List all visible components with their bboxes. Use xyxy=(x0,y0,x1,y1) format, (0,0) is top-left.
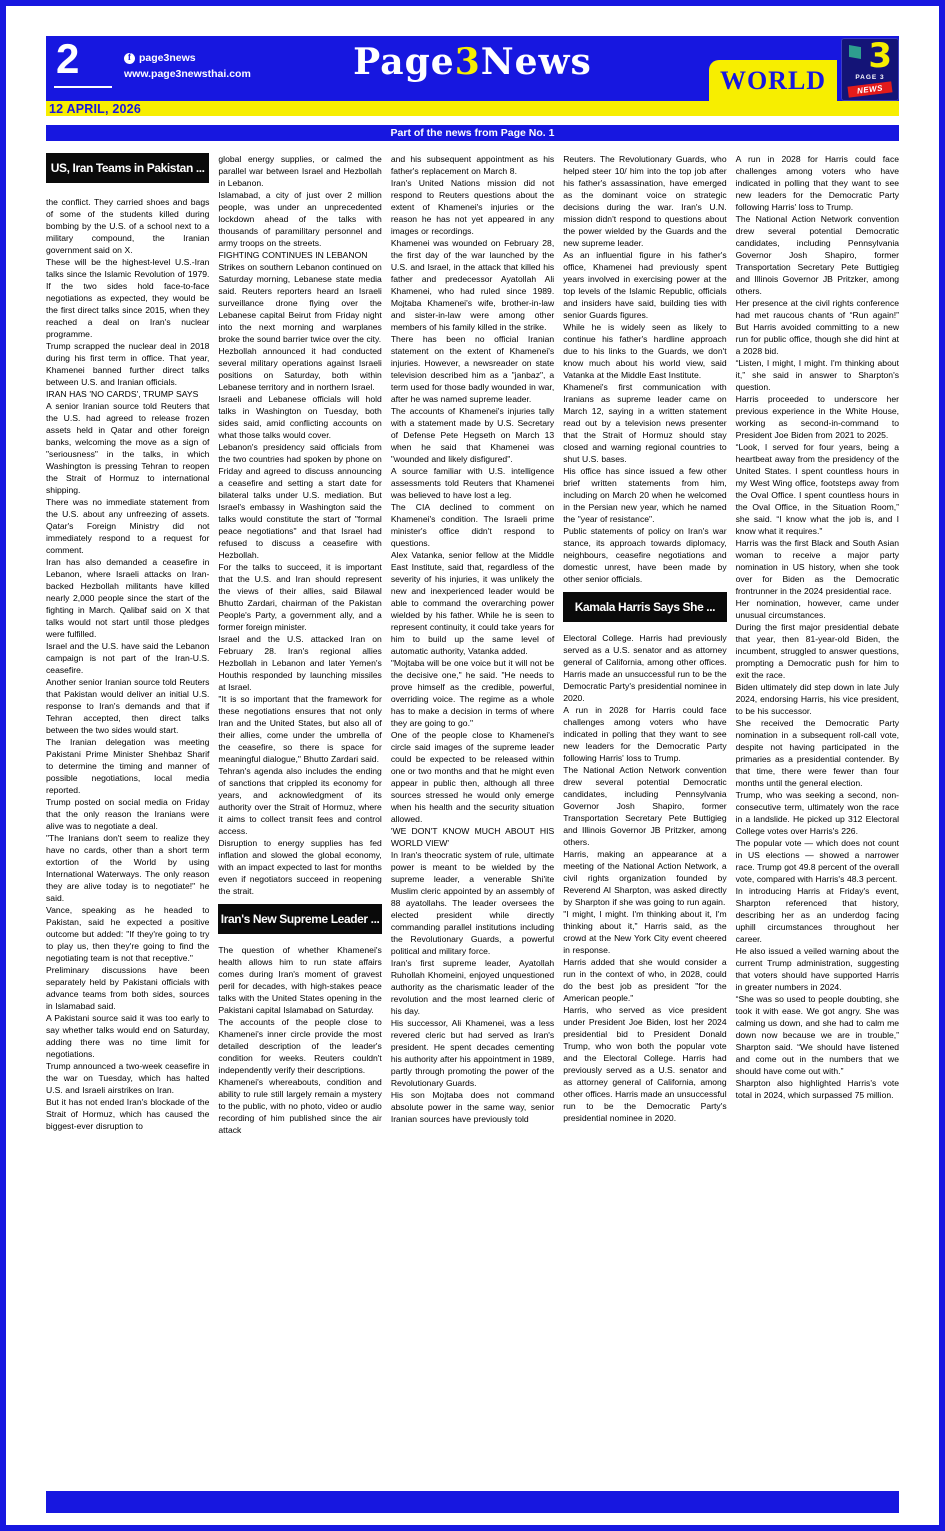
article-paragraph: the conflict. They carried shoes and bag… xyxy=(46,196,209,256)
article-paragraph: Trump announced a two-week ceasefire in … xyxy=(46,1060,209,1096)
article-paragraph: A run in 2028 for Harris could face chal… xyxy=(563,704,726,764)
article-paragraph: One of the people close to Khamenei's ci… xyxy=(391,729,554,825)
article-paragraph: A source familiar with U.S. intelligence… xyxy=(391,465,554,501)
news-column: US, Iran Teams in Pakistan ...the confli… xyxy=(46,153,209,1483)
article-paragraph: His son Mojtaba does not command absolut… xyxy=(391,1089,554,1125)
article-paragraph: But it has not ended Iran's blockade of … xyxy=(46,1096,209,1132)
article-paragraph: A run in 2028 for Harris could face chal… xyxy=(736,153,899,213)
article-paragraph: Tehran's agenda also includes the ending… xyxy=(218,765,381,837)
article-paragraph: Harris proceeded to underscore her previ… xyxy=(736,393,899,441)
article-paragraph: “Listen, I might, I might. I'm thinking … xyxy=(736,357,899,393)
article-paragraph: Reuters. The Revolutionary Guards, who h… xyxy=(563,153,726,249)
article-paragraph: The accounts of Khamenei's injuries tall… xyxy=(391,405,554,465)
article-paragraph: Strikes on southern Lebanon continued on… xyxy=(218,261,381,345)
article-paragraph: The CIA declined to comment on Khamenei'… xyxy=(391,501,554,549)
article-paragraph: The National Action Network convention d… xyxy=(736,213,899,297)
article-paragraph: Alex Vatanka, senior fellow at the Middl… xyxy=(391,549,554,657)
news-column: Reuters. The Revolutionary Guards, who h… xyxy=(563,153,726,1483)
brand-logo: 3 PAGE 3 NEWS xyxy=(841,38,899,101)
article-paragraph: Khamenei's whereabouts, condition and ab… xyxy=(218,1076,381,1136)
article-paragraph: The question of whether Khamenei's healt… xyxy=(218,944,381,1016)
issue-date: 12 APRIL, 2026 xyxy=(46,102,141,116)
article-paragraph: Harris, making an appearance at a meetin… xyxy=(563,848,726,908)
article-paragraph: Iran has also demanded a ceasefire in Le… xyxy=(46,556,209,640)
article-paragraph: and his subsequent appointment as his fa… xyxy=(391,153,554,177)
article-paragraph: He also issued a veiled warning about th… xyxy=(736,945,899,993)
article-paragraph: In introducing Harris at Friday's event,… xyxy=(736,885,899,945)
article-paragraph: Trump posted on social media on Friday t… xyxy=(46,796,209,832)
article-paragraph: Iran's United Nations mission did not re… xyxy=(391,177,554,237)
article-paragraph: The accounts of the people close to Kham… xyxy=(218,1016,381,1076)
news-column: A run in 2028 for Harris could face chal… xyxy=(736,153,899,1483)
article-paragraph: "It is so important that the framework f… xyxy=(218,693,381,765)
article-paragraph: His office has since issued a few other … xyxy=(563,465,726,525)
footer-bar xyxy=(46,1491,899,1513)
article-paragraph: "Mojtaba will be one voice but it will n… xyxy=(391,657,554,729)
article-paragraph: Trump scrapped the nuclear deal in 2018 … xyxy=(46,340,209,388)
newspaper-page: 2 f page3news www.page3newsthai.com Page… xyxy=(6,6,939,1513)
article-paragraph: These will be the highest-level U.S.-Ira… xyxy=(46,256,209,340)
article-paragraph: Iran's first supreme leader, Ayatollah R… xyxy=(391,957,554,1017)
article-paragraph: Khamenei was wounded on February 28, the… xyxy=(391,237,554,333)
article-paragraph: Israeli and Lebanese officials will hold… xyxy=(218,393,381,441)
article-paragraph: Electoral College. Harris had previously… xyxy=(563,632,726,704)
article-paragraph: Public statements of policy on Iran's wa… xyxy=(563,525,726,585)
section-headline: US, Iran Teams in Pakistan ... xyxy=(46,153,209,183)
article-paragraph: Vance, speaking as he headed to Pakistan… xyxy=(46,904,209,964)
article-paragraph: Her presence at the civil rights confere… xyxy=(736,297,899,357)
article-paragraph: Harris added that she would consider a r… xyxy=(563,956,726,1004)
article-paragraph: For the talks to succeed, it is importan… xyxy=(218,561,381,633)
logo-news-ribbon: NEWS xyxy=(847,81,892,97)
article-paragraph: "The Iranians don't seem to realize they… xyxy=(46,832,209,904)
article-paragraph: Biden ultimately did step down in late J… xyxy=(736,681,899,717)
article-paragraph: A Pakistani source said it was too early… xyxy=(46,1012,209,1060)
article-columns: US, Iran Teams in Pakistan ...the confli… xyxy=(46,153,899,1483)
article-paragraph: In Iran's theocratic system of rule, ult… xyxy=(391,849,554,957)
date-bar: 12 APRIL, 2026 xyxy=(46,101,899,116)
article-paragraph: While he is widely seen as likely to con… xyxy=(563,321,726,381)
masthead-post: News xyxy=(481,41,592,83)
logo-accent-shape xyxy=(849,45,861,59)
article-paragraph: Harris was the first Black and South Asi… xyxy=(736,537,899,597)
strapline-bar: Part of the news from Page No. 1 xyxy=(46,125,899,141)
article-paragraph: There was no immediate statement from th… xyxy=(46,496,209,556)
masthead-pre: Page xyxy=(353,41,455,83)
article-paragraph: Preliminary discussions have been separa… xyxy=(46,964,209,1012)
section-headline: Iran's New Supreme Leader ... xyxy=(218,904,381,934)
article-paragraph: Khamenei's first communication with Iran… xyxy=(563,381,726,465)
article-paragraph: Israel and the U.S. have said the Lebano… xyxy=(46,640,209,676)
article-paragraph: During the first major presidential deba… xyxy=(736,621,899,681)
article-paragraph: She received the Democratic Party nomina… xyxy=(736,717,899,789)
article-paragraph: The National Action Network convention d… xyxy=(563,764,726,848)
article-paragraph: Another senior Iranian source told Reute… xyxy=(46,676,209,736)
masthead-num: 3 xyxy=(455,41,481,83)
article-paragraph: A senior Iranian source told Reuters tha… xyxy=(46,400,209,496)
article-paragraph: "I might, I might. I'm thinking about it… xyxy=(563,908,726,956)
article-paragraph: “She was so used to people doubting, she… xyxy=(736,993,899,1077)
article-paragraph: As an influential figure in his father's… xyxy=(563,249,726,321)
article-paragraph: IRAN HAS 'NO CARDS', TRUMP SAYS xyxy=(46,388,209,400)
article-paragraph: The popular vote — which does not count … xyxy=(736,837,899,885)
article-paragraph: Hezbollah announced it had conducted sev… xyxy=(218,345,381,393)
masthead-band: 2 f page3news www.page3newsthai.com Page… xyxy=(46,36,899,101)
article-paragraph: global energy supplies, or calmed the pa… xyxy=(218,153,381,189)
logo-number: 3 xyxy=(868,38,892,76)
article-paragraph: There has been no official Iranian state… xyxy=(391,333,554,405)
article-paragraph: Islamabad, a city of just over 2 million… xyxy=(218,189,381,249)
logo-subtitle: PAGE 3 xyxy=(841,74,899,81)
page-number-rule xyxy=(54,86,112,88)
news-column: and his subsequent appointment as his fa… xyxy=(391,153,554,1483)
article-paragraph: FIGHTING CONTINUES IN LEBANON xyxy=(218,249,381,261)
article-paragraph: 'WE DON'T KNOW MUCH ABOUT HIS WORLD VIEW… xyxy=(391,825,554,849)
article-paragraph: The Iranian delegation was meeting Pakis… xyxy=(46,736,209,796)
section-tab-world: WORLD xyxy=(709,60,837,101)
article-paragraph: His successor, Ali Khamenei, was a less … xyxy=(391,1017,554,1089)
article-paragraph: Trump, who was seeking a second, non-con… xyxy=(736,789,899,837)
article-paragraph: Disruption to energy supplies has fed in… xyxy=(218,837,381,897)
article-paragraph: “Look, I served for four years, being a … xyxy=(736,441,899,537)
article-paragraph: Harris, who served as vice president und… xyxy=(563,1004,726,1124)
article-paragraph: Israel and the U.S. attacked Iran on Feb… xyxy=(218,633,381,693)
article-paragraph: Lebanon's presidency said officials from… xyxy=(218,441,381,561)
article-paragraph: Her nomination, however, came under unus… xyxy=(736,597,899,621)
article-paragraph: Sharpton also highlighted Harris's vote … xyxy=(736,1077,899,1101)
news-column: global energy supplies, or calmed the pa… xyxy=(218,153,381,1483)
section-headline: Kamala Harris Says She ... xyxy=(563,592,726,622)
